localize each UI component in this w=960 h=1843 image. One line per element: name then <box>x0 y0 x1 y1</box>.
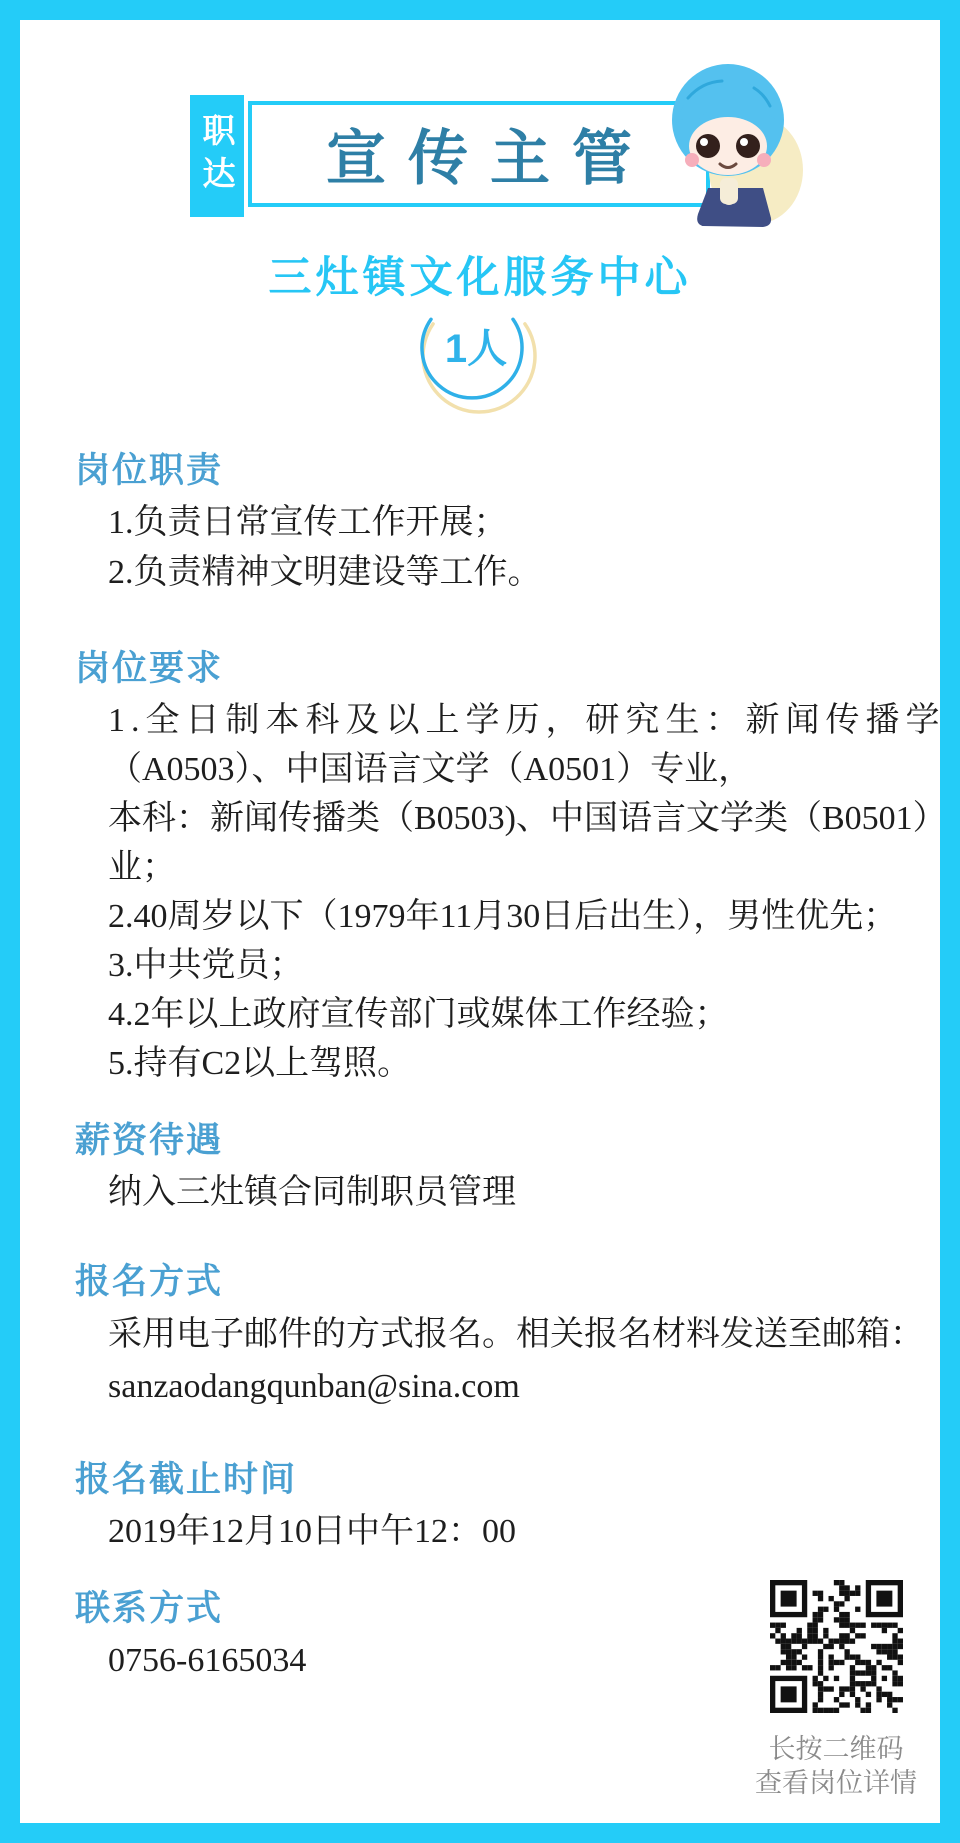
requirement-line: 业； <box>108 843 920 892</box>
section-requirements: 岗位要求 1.全日制本科及以上学历，研究生：新闻传播学 （A0503）、中国语言… <box>0 648 960 1088</box>
chibi-character-icon <box>658 54 806 232</box>
qr-caption: 长按二维码 查看岗位详情 <box>700 1732 960 1800</box>
qr-caption-line1: 长按二维码 <box>700 1732 960 1766</box>
section-heading: 岗位职责 <box>75 450 960 492</box>
apply-line: 采用电子邮件的方式报名。相关报名材料发送至邮箱： <box>108 1309 920 1361</box>
requirement-line: 1.全日制本科及以上学历，研究生：新闻传播学 <box>108 696 920 745</box>
qr-caption-line2: 查看岗位详情 <box>700 1766 960 1800</box>
section-apply-method: 报名方式 采用电子邮件的方式报名。相关报名材料发送至邮箱： sanzaodang… <box>0 1261 960 1413</box>
apply-email: sanzaodangqunban@sina.com <box>108 1361 920 1413</box>
requirement-line: 本科：新闻传播类（B0503)、中国语言文学类（B0501）专 <box>108 794 920 843</box>
section-heading: 岗位要求 <box>75 648 960 690</box>
requirement-line: 4.2年以上政府宣传部门或媒体工作经验； <box>108 990 920 1039</box>
job-title: 宣传主管 <box>326 111 654 197</box>
requirement-line: （A0503）、中国语言文学（A0501）专业， <box>108 745 920 794</box>
headcount-label: 1人 <box>396 317 556 374</box>
section-heading: 薪资待遇 <box>75 1120 960 1162</box>
requirement-line: 5.持有C2以上驾照。 <box>108 1039 920 1088</box>
headcount-circle: 1人 <box>396 291 556 421</box>
salary-line: 纳入三灶镇合同制职员管理 <box>108 1168 920 1217</box>
qr-code[interactable] <box>770 1580 903 1713</box>
requirement-line: 3.中共党员； <box>108 941 920 990</box>
section-heading: 报名截止时间 <box>75 1459 960 1501</box>
duty-line: 2.负责精神文明建设等工作。 <box>108 548 920 598</box>
deadline-line: 2019年12月10日中午12：00 <box>108 1507 920 1556</box>
section-duties: 岗位职责 1.负责日常宣传工作开展； 2.负责精神文明建设等工作。 <box>0 450 960 598</box>
requirement-line: 2.40周岁以下（1979年11月30日后出生），男性优先； <box>108 892 920 941</box>
job-title-box: 宣传主管 <box>248 101 710 207</box>
duty-line: 1.负责日常宣传工作开展； <box>108 498 920 548</box>
section-salary: 薪资待遇 纳入三灶镇合同制职员管理 <box>0 1120 960 1217</box>
section-deadline: 报名截止时间 2019年12月10日中午12：00 <box>0 1459 960 1556</box>
brand-badge: 职达 <box>190 95 244 217</box>
section-heading: 报名方式 <box>75 1261 960 1303</box>
job-poster: 职达 宣传主管 三灶镇文化服务中心 1人 岗位职责 1.负责日常宣传工作开展； <box>0 0 960 1843</box>
